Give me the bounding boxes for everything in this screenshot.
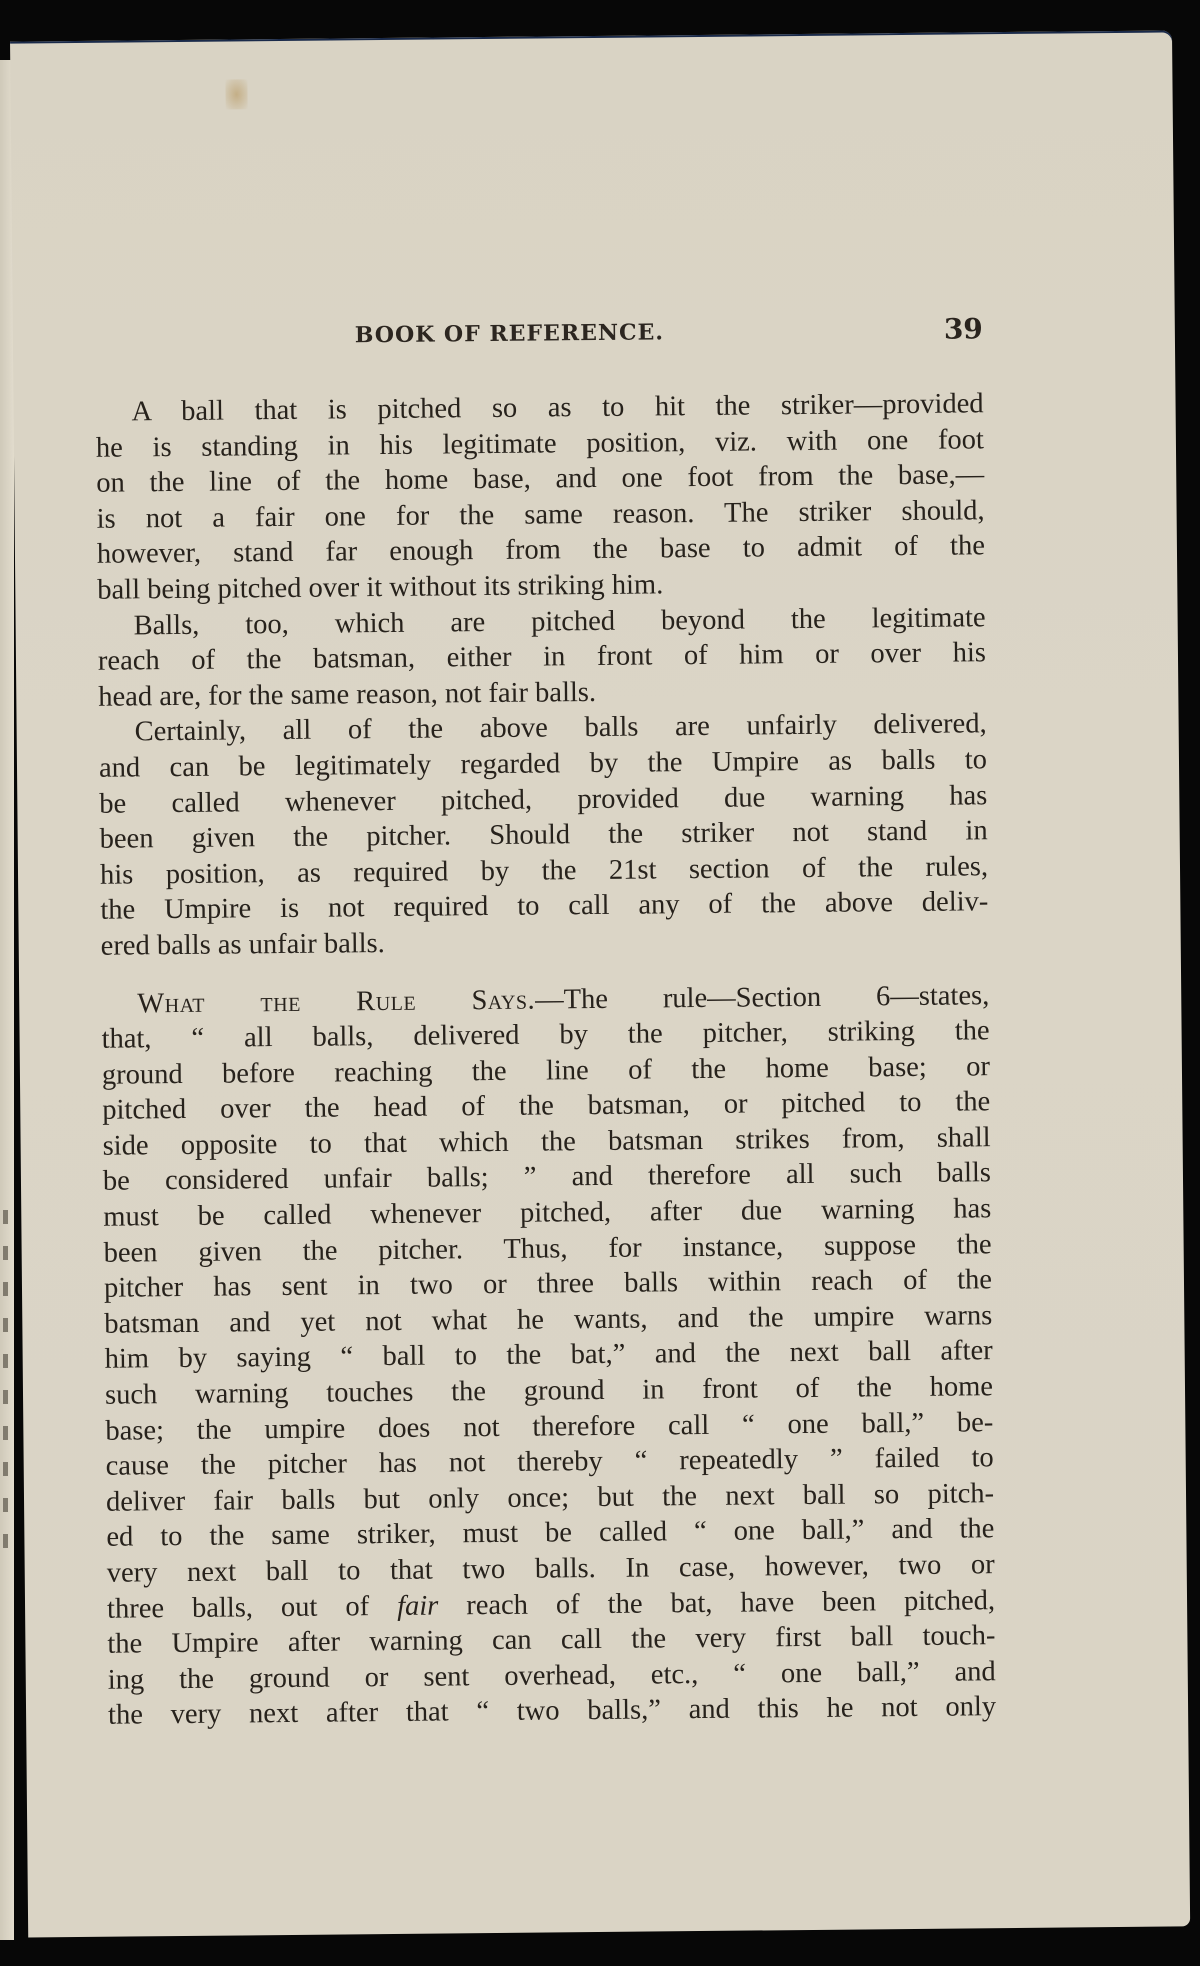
running-head-title: BOOK OF REFERENCE. bbox=[355, 319, 664, 348]
text-fragment: reach of the bat, have been pitched, bbox=[438, 1585, 995, 1621]
paragraph-2: Balls, too, which are pitched beyond the… bbox=[97, 600, 986, 715]
text-fragment: three balls, out of bbox=[107, 1591, 397, 1625]
facing-page-edge bbox=[0, 60, 14, 1940]
text-line: the very next after that “ two balls,” a… bbox=[108, 1690, 996, 1734]
paper-stain bbox=[225, 79, 247, 109]
page-number: 39 bbox=[944, 312, 983, 345]
body-text: A ball that is pitched so as to hit the … bbox=[95, 386, 996, 1733]
section-lead-heading: What the Rule Says. bbox=[137, 984, 535, 1019]
facing-page-text-fragments bbox=[0, 1210, 14, 1570]
italic-emphasis: fair bbox=[397, 1590, 438, 1621]
paragraph-3: Certainly, all of the above balls are un… bbox=[98, 707, 988, 965]
paragraph-rule-says: What the Rule Says.—The rule—Section 6—s… bbox=[101, 978, 996, 1734]
paragraph-1: A ball that is pitched so as to hit the … bbox=[95, 386, 985, 608]
scanned-book-page: BOOK OF REFERENCE. 39 A ball that is pit… bbox=[0, 0, 1200, 1966]
text-fragment: —The rule—Section 6—states, bbox=[535, 980, 989, 1015]
book-page: BOOK OF REFERENCE. 39 A ball that is pit… bbox=[10, 30, 1190, 1937]
running-head: BOOK OF REFERENCE. 39 bbox=[93, 316, 983, 359]
